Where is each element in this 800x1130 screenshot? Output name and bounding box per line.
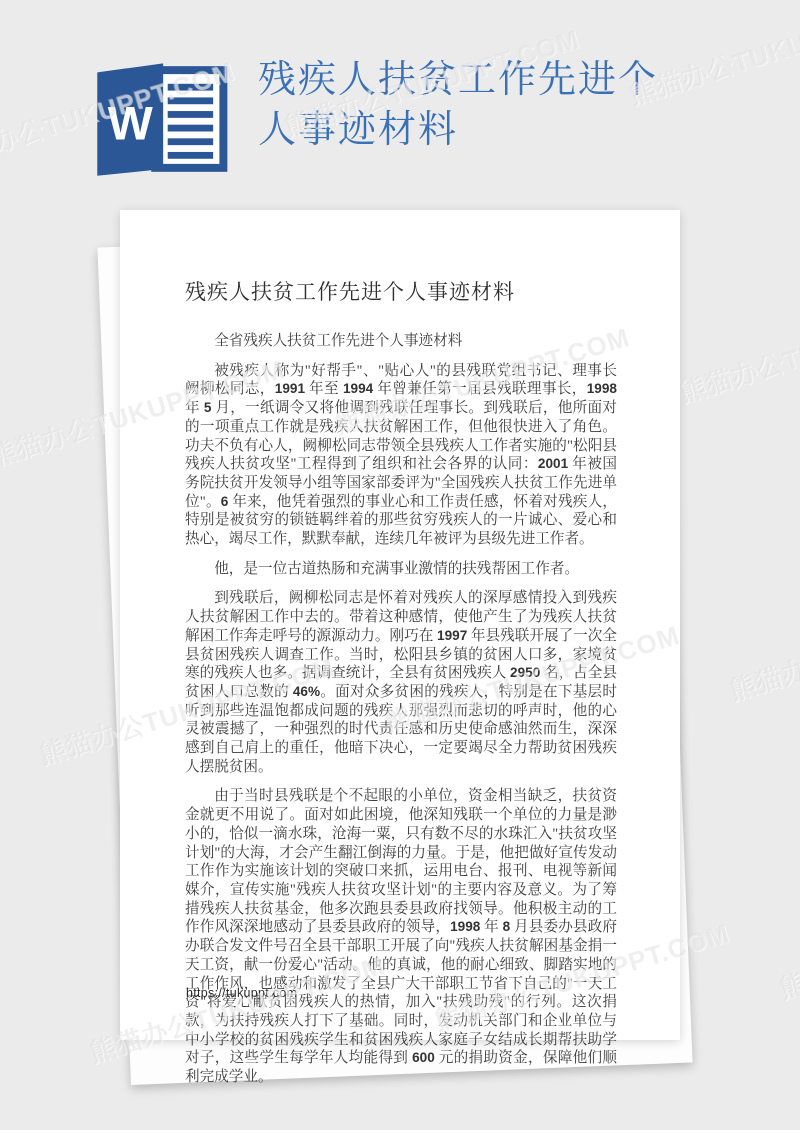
word-file-icon: W <box>95 62 237 176</box>
page-canvas: W 残疾人扶贫工作先进个人事迹材料 残疾人扶贫工作先进个人事迹材料 全省残疾人扶… <box>0 0 800 1130</box>
document-paragraph: 他，是一位古道热肠和充满事业激情的扶残帮困工作者。 <box>185 560 617 579</box>
watermark: 熊猫办公TUKUPPT.COM <box>775 881 800 1006</box>
document-subtitle: 全省残疾人扶贫工作先进个人事迹材料 <box>185 332 617 351</box>
watermark: 熊猫办公TUKUPPT.COM <box>725 583 800 708</box>
document-paragraph: 由于当时县残联是个不起眼的小单位，资金相当缺乏，扶贫资金就更不用说了。面对如此困… <box>185 787 617 1086</box>
watermark: 熊猫办公TUKUPPT.COM <box>675 285 800 410</box>
document-paragraph: 被残疾人称为"好帮手"、"贴心人"的县残联党组书记、理事长阙柳松同志，1991 … <box>185 362 617 549</box>
word-icon-letter: W <box>108 97 153 150</box>
document-footer-url: https://tukuppt.com <box>186 986 297 1000</box>
page-title: 残疾人扶贫工作先进个人事迹材料 <box>258 55 690 155</box>
document-heading: 残疾人扶贫工作先进个人事迹材料 <box>185 276 617 306</box>
document-paragraph: 到残联后，阙柳松同志是怀着对残疾人的深厚感情投入到残疾人扶贫解困工作中去的。带着… <box>185 589 617 776</box>
document-page: 残疾人扶贫工作先进个人事迹材料 全省残疾人扶贫工作先进个人事迹材料 被残疾人称为… <box>120 210 680 1040</box>
